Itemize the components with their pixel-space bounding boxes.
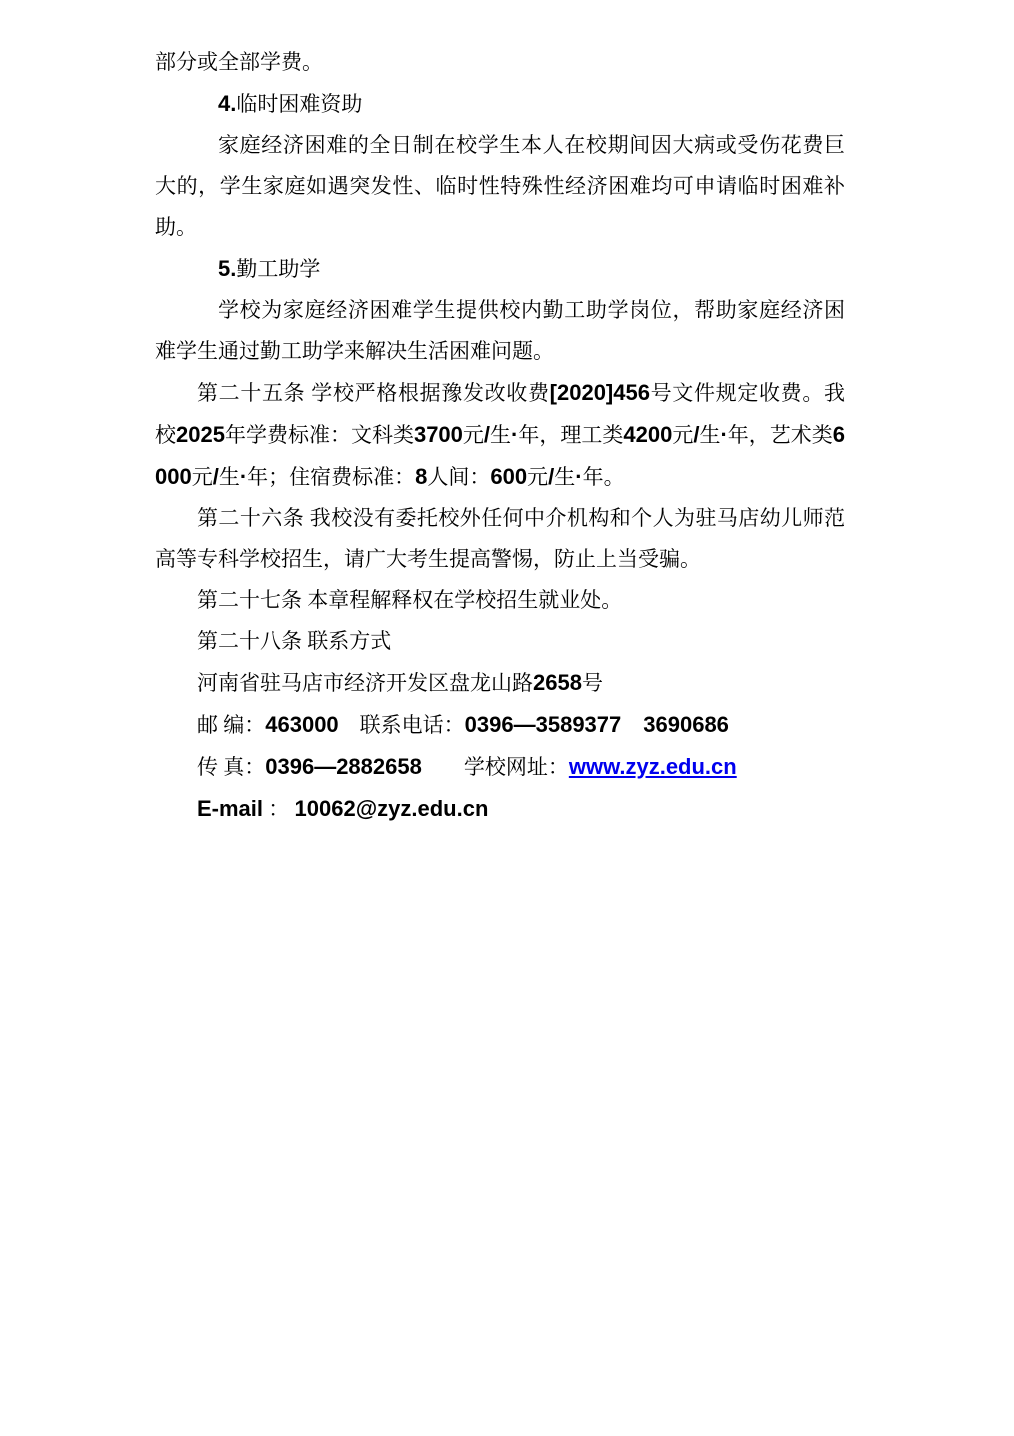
paragraph-contact: 邮 编：463000 联系电话：0396—3589377 3690686: [155, 704, 845, 746]
bold-text-run: 2025: [176, 422, 225, 447]
paragraph-continuation: 部分或全部学费。: [155, 42, 845, 83]
bold-text-run: E-mail: [197, 796, 263, 821]
text-run: 家庭经济困难的全日制在校学生本人在校期间因大病或受伤花费巨大的，学生家庭如遇突发…: [155, 133, 845, 239]
text-run: 第二十七条 本章程解释权在学校招生就业处。: [197, 588, 622, 612]
text-run: 学校为家庭经济困难学生提供校内勤工助学岗位，帮助家庭经济困难学生通过勤工助学来解…: [155, 298, 845, 363]
bold-text-run: 463000: [265, 712, 338, 737]
paragraph-list-body: 学校为家庭经济困难学生提供校内勤工助学岗位，帮助家庭经济困难学生通过勤工助学来解…: [155, 290, 845, 372]
text-run: 临时困难资助: [236, 92, 362, 116]
paragraph-contact: 传 真：0396—2882658 学校网址：www.zyz.edu.cn: [155, 746, 845, 788]
paragraph-article: 第二十七条 本章程解释权在学校招生就业处。: [155, 580, 845, 621]
text-run: 生: [699, 423, 720, 447]
text-run: 学校网址：: [422, 755, 569, 779]
paragraph-list-body: 家庭经济困难的全日制在校学生本人在校期间因大病或受伤花费巨大的，学生家庭如遇突发…: [155, 125, 845, 248]
paragraph-article: 第二十六条 我校没有委托校外任何中介机构和个人为驻马店幼儿师范高等专科学校招生，…: [155, 498, 845, 580]
bold-text-run: ·: [575, 464, 582, 489]
text-run: 年，理工类: [518, 423, 623, 447]
text-run: 生: [554, 465, 575, 489]
bold-text-run: 2658: [533, 670, 582, 695]
text-run: 号: [582, 671, 603, 695]
text-run: 河南省驻马店市经济开发区盘龙山路: [197, 671, 533, 695]
text-run: 年；住宿费标准：: [247, 465, 415, 489]
text-run: 部分或全部学费。: [155, 50, 323, 74]
text-run: 第二十八条 联系方式: [197, 629, 391, 653]
paragraph-article: 第二十五条 学校严格根据豫发改收费[2020]456号文件规定收费。我校2025…: [155, 372, 845, 498]
text-run: 勤工助学: [236, 257, 320, 281]
text-run: 第二十六条 我校没有委托校外任何中介机构和个人为驻马店幼儿师范高等专科学校招生，…: [155, 506, 845, 571]
bold-text-run: 0396—3589377 3690686: [465, 712, 729, 737]
paragraph-list-item: 4.临时困难资助: [155, 83, 845, 125]
website-link[interactable]: www.zyz.edu.cn: [569, 754, 737, 779]
document-page: 部分或全部学费。4.临时困难资助家庭经济困难的全日制在校学生本人在校期间因大病或…: [0, 0, 1014, 1436]
bold-text-run: 5.: [218, 256, 236, 281]
bold-text-run: 600: [490, 464, 527, 489]
document-body: 部分或全部学费。4.临时困难资助家庭经济困难的全日制在校学生本人在校期间因大病或…: [155, 42, 845, 830]
text-run: 年，艺术类: [728, 423, 833, 447]
text-run: 人间：: [427, 465, 490, 489]
text-run: 年。: [583, 465, 625, 489]
text-run: 元: [192, 465, 213, 489]
text-run: 元: [672, 423, 693, 447]
text-run: 元: [463, 423, 484, 447]
bold-text-run: 0396—2882658: [265, 754, 422, 779]
paragraph-list-item: 5.勤工助学: [155, 248, 845, 290]
text-run: 生: [490, 423, 511, 447]
text-run: 传 真：: [197, 755, 265, 779]
bold-text-run: 3700: [414, 422, 463, 447]
bold-text-run: ·: [720, 422, 727, 447]
text-run: 年学费标准：文科类: [225, 423, 414, 447]
paragraph-article: 第二十八条 联系方式: [155, 621, 845, 662]
text-run: 元: [527, 465, 548, 489]
bold-text-run: 4200: [623, 422, 672, 447]
text-run: ：: [263, 797, 295, 821]
bold-text-run: 10062@zyz.edu.cn: [295, 796, 489, 821]
text-run: 生: [219, 465, 240, 489]
text-run: 第二十五条 学校严格根据豫发改收费: [197, 381, 550, 405]
bold-text-run: 4.: [218, 91, 236, 116]
paragraph-contact: 河南省驻马店市经济开发区盘龙山路2658号: [155, 662, 845, 704]
paragraph-contact: E-mail ： 10062@zyz.edu.cn: [155, 788, 845, 830]
bold-text-run: 8: [415, 464, 427, 489]
text-run: 联系电话：: [339, 713, 465, 737]
text-run: 邮 编：: [197, 713, 265, 737]
bold-text-run: [2020]456: [550, 380, 650, 405]
